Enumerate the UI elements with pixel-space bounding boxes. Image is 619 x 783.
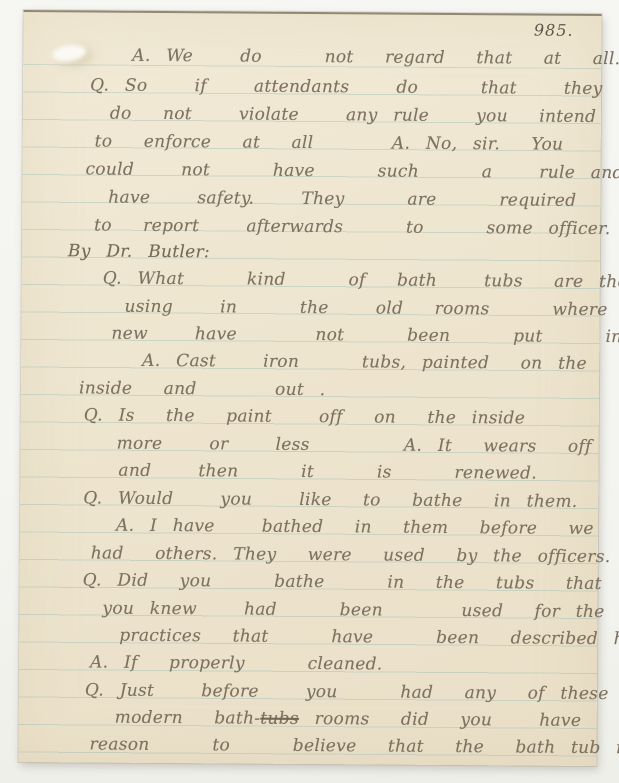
handwritten-line: Q. Is the paint off on the inside bbox=[84, 404, 525, 429]
handwritten-line: do not violate any rule you intend bbox=[110, 103, 596, 128]
line-segment: modern bath- bbox=[115, 708, 261, 729]
handwritten-line: Q. Just before you had any of these bbox=[85, 679, 609, 705]
line-segment: rooms did you have bbox=[299, 709, 581, 731]
handwritten-line: inside and out . bbox=[79, 377, 326, 401]
speaker-heading: By Dr. Butler: bbox=[68, 240, 210, 263]
handwritten-line: could not have such a rule and bbox=[85, 158, 619, 184]
handwritten-line: and then it is renewed. bbox=[118, 460, 537, 485]
handwritten-line: Q. What kind of bath tubs are they bbox=[103, 268, 619, 294]
handwritten-line: more or less A. It wears off bbox=[117, 433, 592, 458]
handwritten-line: using in the old rooms where bbox=[124, 296, 607, 321]
handwritten-line: A. We do not regard that at all. bbox=[132, 45, 619, 70]
handwritten-line: practices that have been described here bbox=[119, 625, 619, 651]
handwritten-line: you knew had been used for the bbox=[102, 598, 604, 624]
struck-word: tubs bbox=[260, 709, 299, 729]
handwritten-line: new have not been put in bbox=[111, 323, 619, 349]
paper-blemish bbox=[51, 43, 87, 63]
handwritten-line: had others. They were used by the office… bbox=[91, 542, 611, 568]
handwritten-line-with-strikeout: modern bath-tubs rooms did you have bbox=[115, 707, 582, 732]
handwritten-line: Q. So if attendants do that they bbox=[90, 74, 603, 100]
handwritten-line: Q. Did you bathe in the tubs that bbox=[83, 569, 602, 595]
handwritten-line: to report afterwards to some officer. bbox=[94, 214, 611, 240]
handwritten-line: reason to believe that the bath tub in bbox=[89, 733, 619, 759]
handwritten-line: have safety. They are required bbox=[108, 187, 576, 212]
manuscript-paper: 985. A. We do not regard that at all. Q.… bbox=[18, 10, 601, 766]
handwritten-line: A. Cast iron tubs, painted on the bbox=[142, 350, 587, 375]
handwritten-line: A. If properly cleaned. bbox=[90, 651, 383, 675]
handwritten-line: Q. Would you like to bathe in them. bbox=[83, 487, 577, 512]
handwritten-line: to enforce at all A. No, sir. You bbox=[95, 130, 564, 155]
scanned-document: 985. A. We do not regard that at all. Q.… bbox=[0, 0, 619, 783]
handwritten-line: A. I have bathed in them before we bbox=[116, 515, 594, 540]
page-number: 985. bbox=[534, 21, 574, 40]
